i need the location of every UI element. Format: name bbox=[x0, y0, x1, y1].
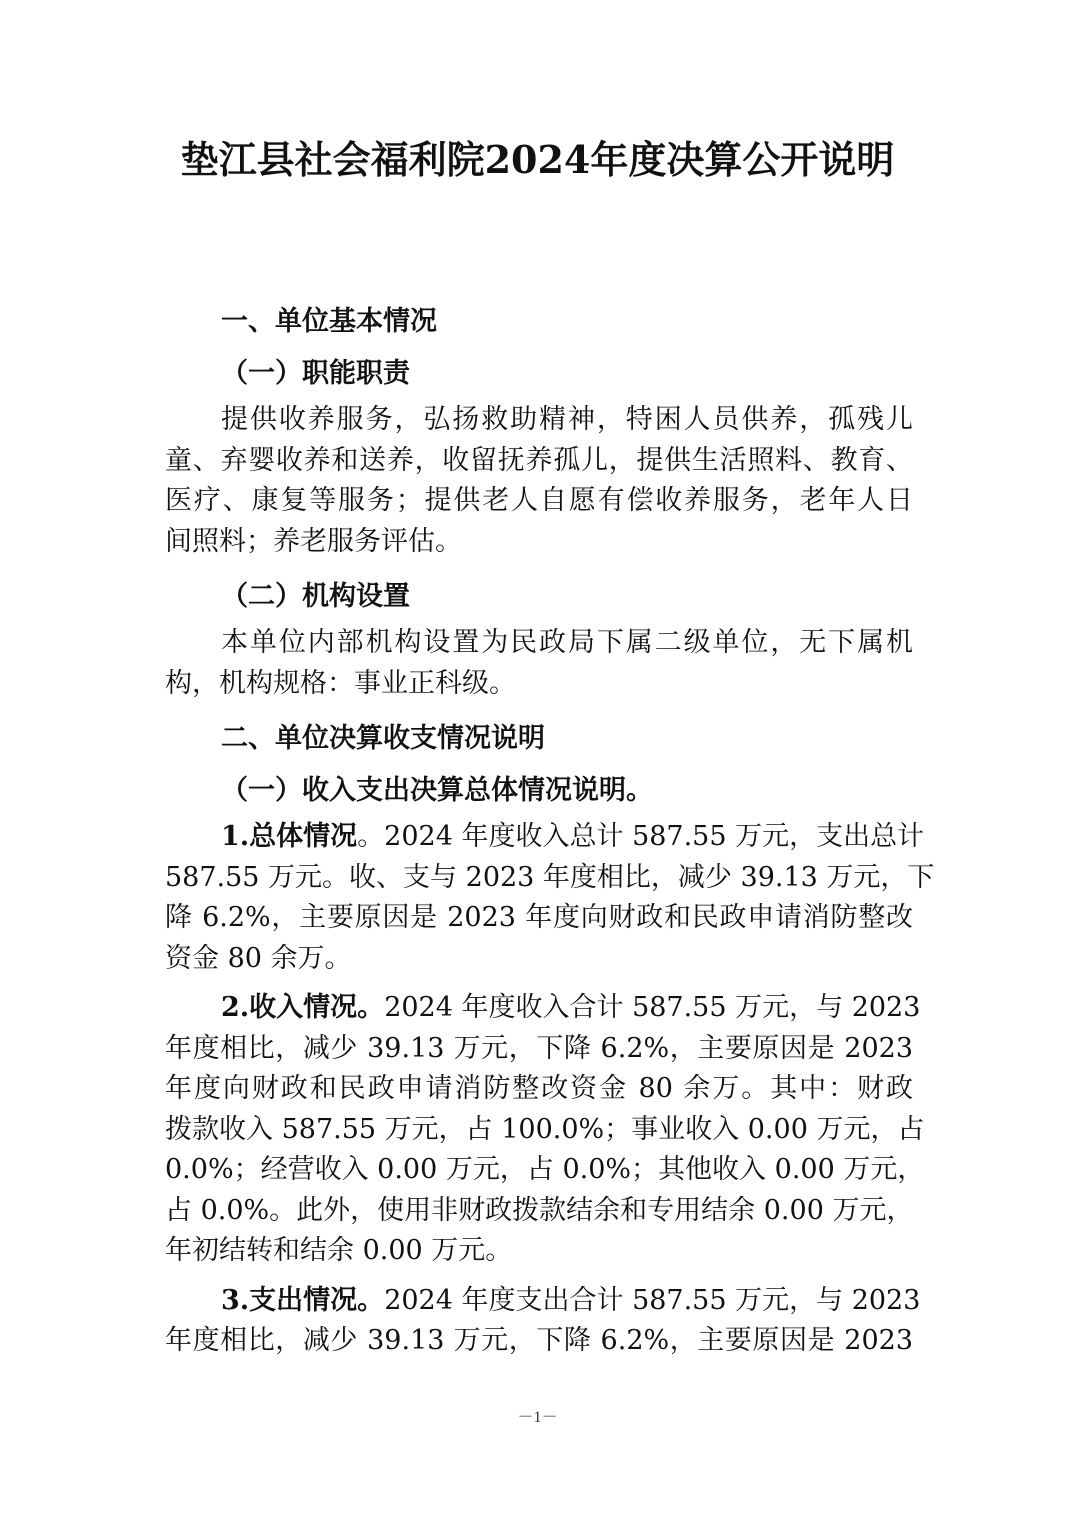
paragraph-structure: 本单位内部机构设置为民政局下属二级单位，无下属机 构，机构规格：事业正科级。 bbox=[165, 623, 913, 704]
section-heading-basic-info: 一、单位基本情况 bbox=[165, 296, 913, 348]
section-heading-budget: 二、单位决算收支情况说明 bbox=[165, 713, 913, 765]
text-line: 医疗、康复等服务；提供老人自愿有偿收养服务，老年人日 bbox=[165, 481, 913, 522]
document-body: 一、单位基本情况 （一）职能职责 提供收养服务，弘扬救助精神，特困人员供养，孤残… bbox=[165, 296, 913, 1371]
paragraph-duties: 提供收养服务，弘扬救助精神，特困人员供养，孤残儿 童、弃婴收养和送养，收留抚养孤… bbox=[165, 400, 913, 562]
text-line: 降 6.2%，主要原因是 2023 年度向财政和民政申请消防整改 bbox=[165, 898, 913, 939]
text-line: 本单位内部机构设置为民政局下属二级单位，无下属机 bbox=[165, 623, 913, 664]
item-lead: 3.支出情况。 bbox=[221, 1285, 384, 1316]
subsection-heading-duties: （一）职能职责 bbox=[165, 348, 913, 400]
paragraph-overall: 1.总体情况。2024 年度收入总计 587.55 万元，支出总计 587.55… bbox=[165, 817, 913, 979]
text-line: 资金 80 余万。 bbox=[165, 939, 913, 980]
text-line: 拨款收入 587.55 万元，占 100.0%；事业收入 0.00 万元，占 bbox=[165, 1110, 913, 1151]
text-line: 3.支出情况。2024 年度支出合计 587.55 万元，与 2023 bbox=[165, 1281, 913, 1322]
item-lead: 2.收入情况。 bbox=[221, 992, 384, 1023]
text-line: 占 0.0%。此外，使用非财政拨款结余和专用结余 0.00 万元， bbox=[165, 1191, 913, 1232]
text-line: 年度向财政和民政申请消防整改资金 80 余万。其中：财政 bbox=[165, 1069, 913, 1110]
text-line: 1.总体情况。2024 年度收入总计 587.55 万元，支出总计 bbox=[165, 817, 913, 858]
text-line: 童、弃婴收养和送养，收留抚养孤儿，提供生活照料、教育、 bbox=[165, 441, 913, 482]
text-line: 年度相比，减少 39.13 万元，下降 6.2%，主要原因是 2023 bbox=[165, 1321, 913, 1362]
text-line: 间照料；养老服务评估。 bbox=[165, 522, 913, 563]
text-fragment: 。2024 年度收入总计 587.55 万元，支出总计 bbox=[357, 821, 924, 852]
text-line: 提供收养服务，弘扬救助精神，特困人员供养，孤残儿 bbox=[165, 400, 913, 441]
text-line: 0.0%；经营收入 0.00 万元，占 0.0%；其他收入 0.00 万元， bbox=[165, 1150, 913, 1191]
text-line: 2.收入情况。2024 年度收入合计 587.55 万元，与 2023 bbox=[165, 988, 913, 1029]
text-fragment: 2024 年度收入合计 587.55 万元，与 2023 bbox=[384, 992, 920, 1023]
text-line: 587.55 万元。收、支与 2023 年度相比，减少 39.13 万元，下 bbox=[165, 858, 913, 899]
subsection-heading-structure: （二）机构设置 bbox=[165, 571, 913, 623]
text-line: 构，机构规格：事业正科级。 bbox=[165, 664, 913, 705]
text-line: 年初结转和结余 0.00 万元。 bbox=[165, 1231, 913, 1272]
document-title: 垫江县社会福利院2024年度决算公开说明 bbox=[0, 132, 1075, 188]
paragraph-income: 2.收入情况。2024 年度收入合计 587.55 万元，与 2023 年度相比… bbox=[165, 988, 913, 1272]
subsection-heading-overall: （一）收入支出决算总体情况说明。 bbox=[165, 765, 913, 817]
document-page: 垫江县社会福利院2024年度决算公开说明 一、单位基本情况 （一）职能职责 提供… bbox=[0, 0, 1075, 1520]
page-number: －1－ bbox=[0, 1404, 1075, 1427]
text-line: 年度相比，减少 39.13 万元，下降 6.2%，主要原因是 2023 bbox=[165, 1029, 913, 1070]
paragraph-expenditure: 3.支出情况。2024 年度支出合计 587.55 万元，与 2023 年度相比… bbox=[165, 1281, 913, 1362]
item-lead: 1.总体情况 bbox=[221, 821, 357, 852]
text-fragment: 2024 年度支出合计 587.55 万元，与 2023 bbox=[384, 1285, 920, 1316]
